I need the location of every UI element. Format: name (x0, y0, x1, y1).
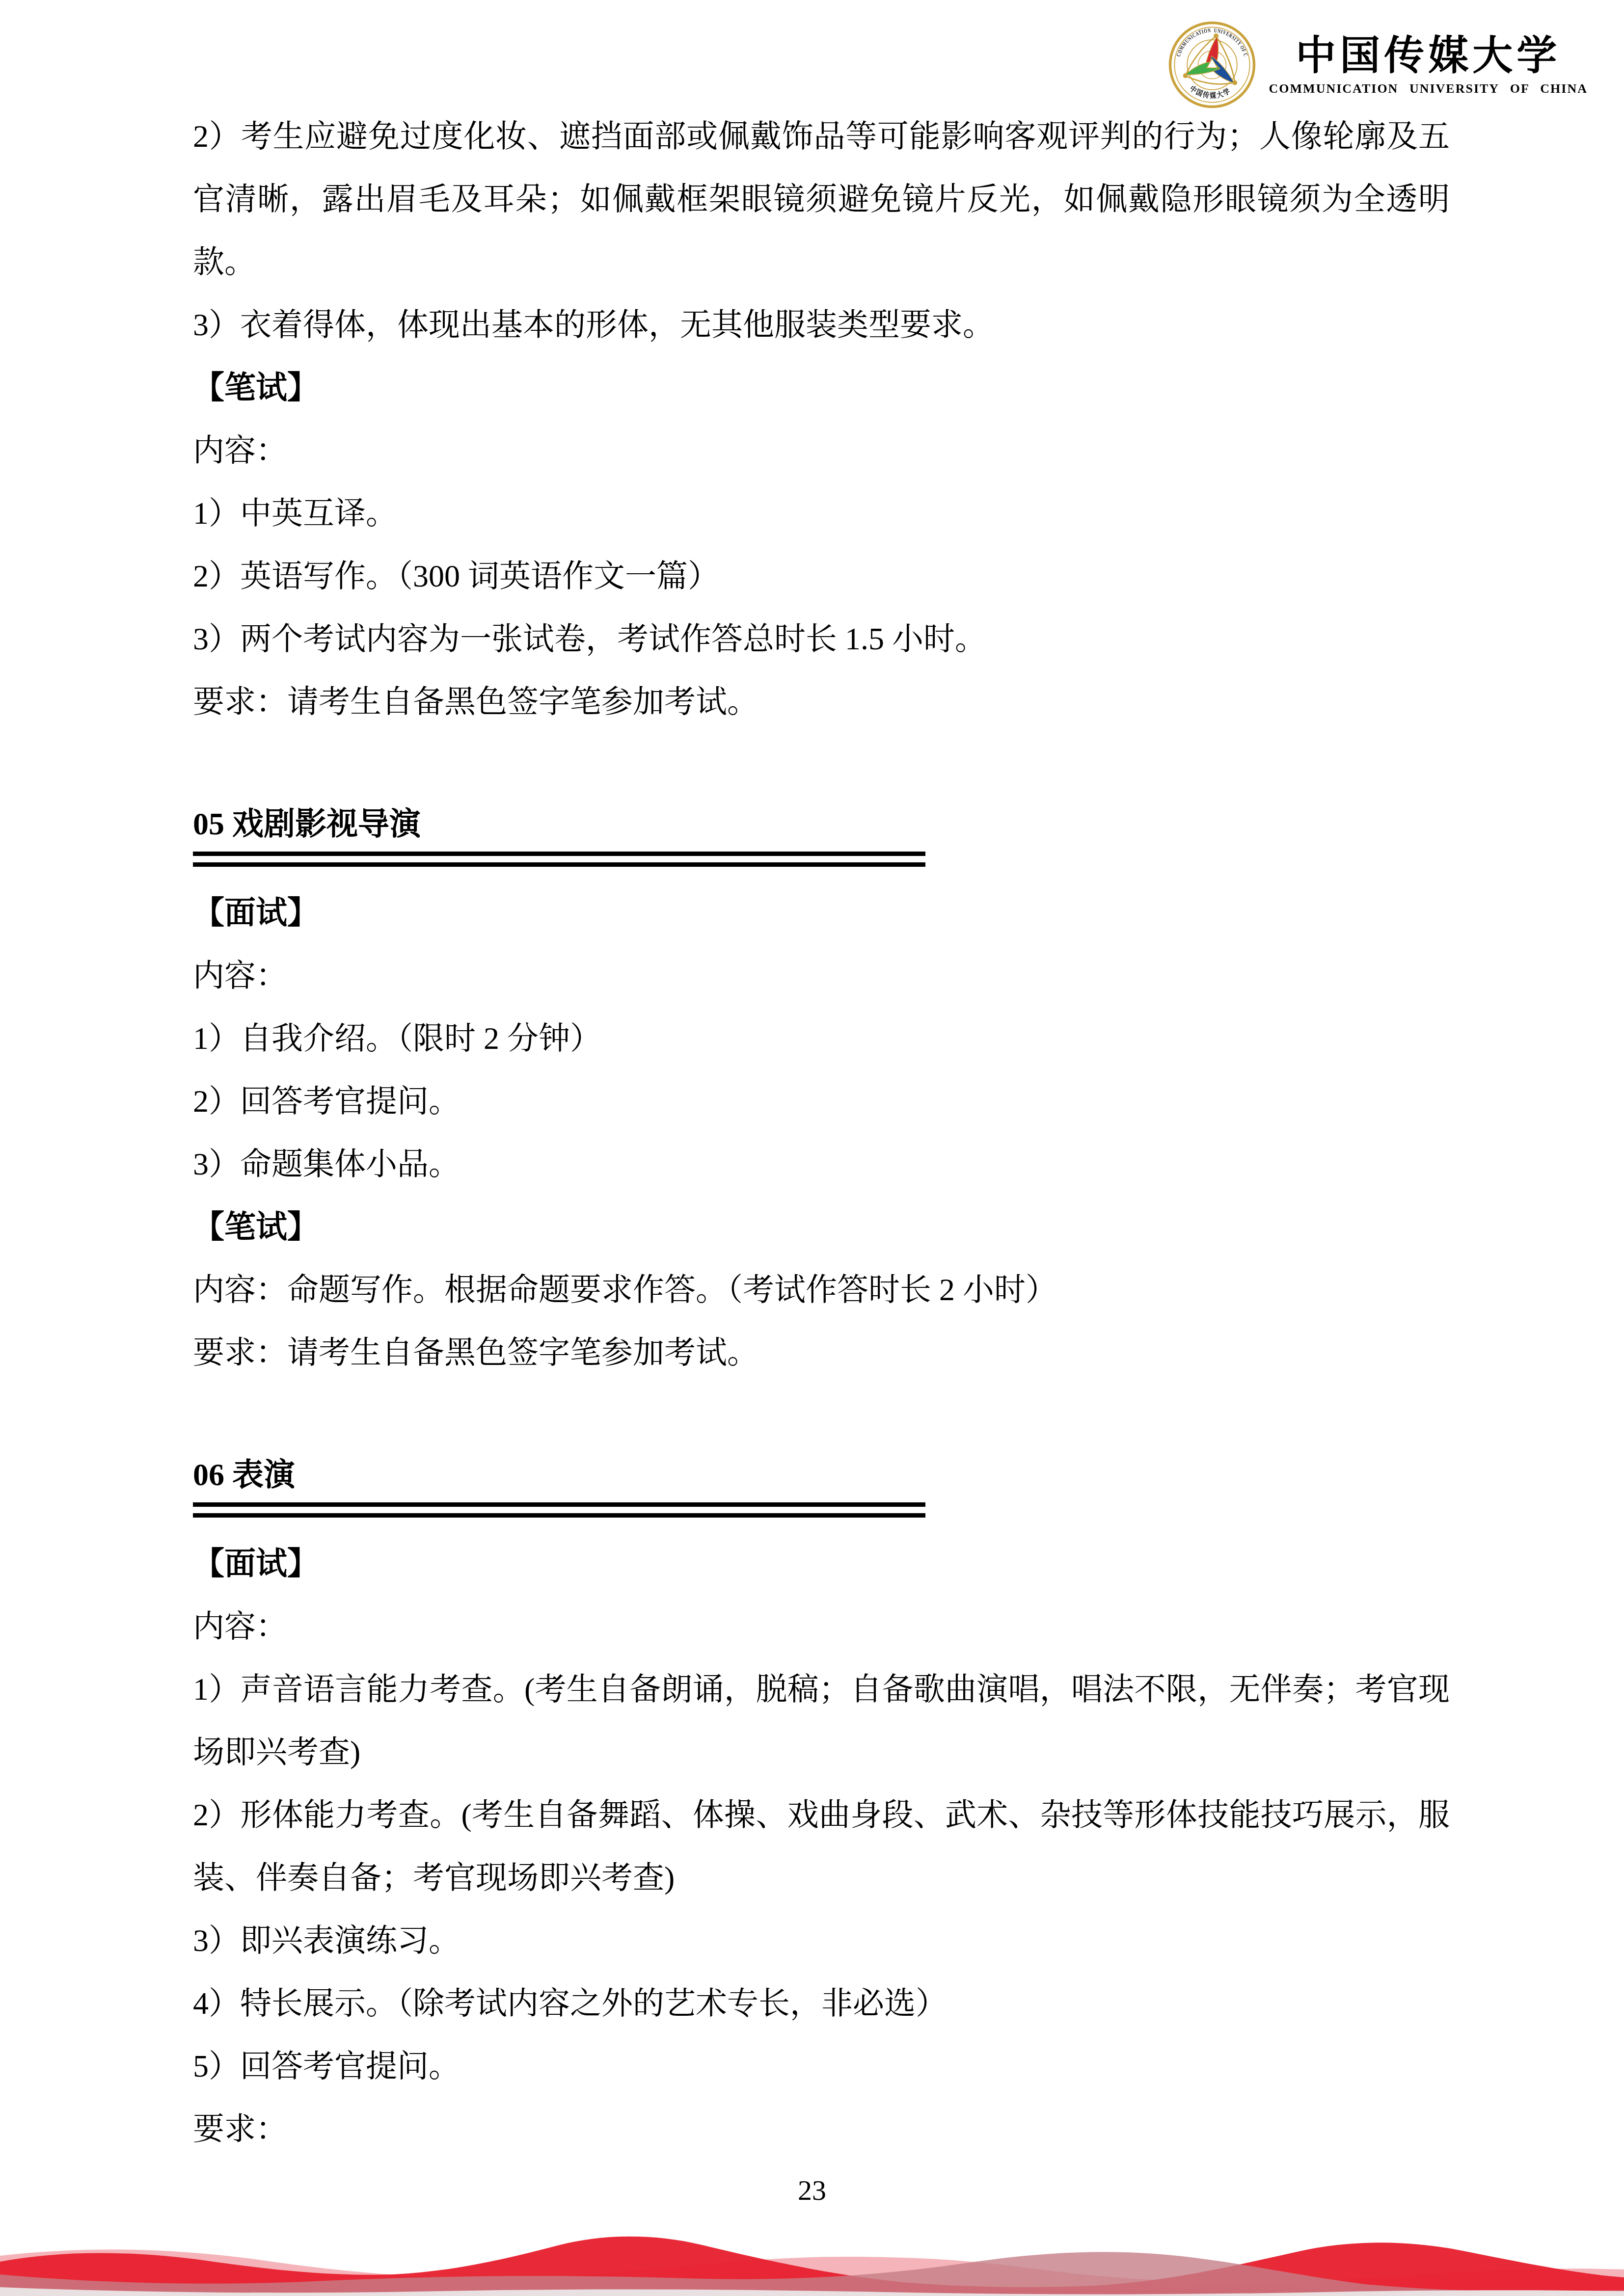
exam-part-heading: 【笔试】 (193, 1196, 1450, 1258)
paragraph: 3）命题集体小品。 (193, 1133, 1450, 1196)
section-heading: 06 表演 (193, 1455, 1450, 1518)
section-divider (193, 1502, 925, 1518)
section-title: 05 戏剧影视导演 (193, 804, 1450, 844)
cuc-emblem-icon: COMMUNICATION UNIVERSITY OF CHINA 中国传媒大学 (1164, 17, 1260, 113)
exam-part-heading: 【笔试】 (193, 356, 1450, 419)
exam-part-heading: 【面试】 (193, 881, 1450, 944)
paragraph: 4）特长展示。（除考试内容之外的艺术专长，非必选） (193, 1972, 1450, 2035)
paragraph: 2）考生应避免过度化妆、遮挡面部或佩戴饰品等可能影响客观评判的行为；人像轮廓及五… (193, 105, 1450, 294)
section-divider (193, 852, 925, 867)
section-heading: 05 戏剧影视导演 (193, 804, 1450, 867)
paragraph: 3）衣着得体，体现出基本的形体，无其他服装类型要求。 (193, 294, 1450, 356)
paragraph: 3）两个考试内容为一张试卷，考试作答总时长 1.5 小时。 (193, 608, 1450, 670)
paragraph: 2）回答考官提问。 (193, 1070, 1450, 1133)
paragraph: 1）声音语言能力考查。(考生自备朗诵，脱稿；自备歌曲演唱，唱法不限，无伴奏；考官… (193, 1658, 1450, 1784)
paragraph: 2）形体能力考查。(考生自备舞蹈、体操、戏曲身段、武术、杂技等形体技能技巧展示，… (193, 1784, 1450, 1909)
exam-part-heading: 【面试】 (193, 1532, 1450, 1595)
paragraph: 要求： (193, 2098, 1450, 2161)
document-body: 2）考生应避免过度化妆、遮挡面部或佩戴饰品等可能影响客观评判的行为；人像轮廓及五… (193, 105, 1450, 2161)
paragraph: 3）即兴表演练习。 (193, 1909, 1450, 1972)
section-title: 06 表演 (193, 1455, 1450, 1495)
paragraph: 要求：请考生自备黑色签字笔参加考试。 (193, 670, 1450, 733)
university-name-block: 中国传媒大学 COMMUNICATION UNIVERSITY OF CHINA (1269, 33, 1588, 96)
paragraph: 1）中英互译。 (193, 482, 1450, 545)
university-name-cn: 中国传媒大学 (1296, 33, 1561, 78)
document-page: { "header": { "logo": { "emblem_arc_text… (0, 0, 1624, 2296)
paragraph: 1）自我介绍。（限时 2 分钟） (193, 1007, 1450, 1070)
paragraph: 内容： (193, 1595, 1450, 1658)
paragraph: 2）英语写作。（300 词英语作文一篇） (193, 545, 1450, 608)
paragraph: 内容：命题写作。根据命题要求作答。（考试作答时长 2 小时） (193, 1258, 1450, 1321)
footer-wave-decoration-icon (0, 2178, 1624, 2296)
paragraph: 内容： (193, 944, 1450, 1007)
paragraph: 要求：请考生自备黑色签字笔参加考试。 (193, 1321, 1450, 1384)
paragraph: 内容： (193, 419, 1450, 482)
paragraph: 5）回答考官提问。 (193, 2035, 1450, 2098)
university-logo: COMMUNICATION UNIVERSITY OF CHINA 中国传媒大学… (1164, 13, 1588, 117)
university-name-en: COMMUNICATION UNIVERSITY OF CHINA (1269, 81, 1588, 96)
